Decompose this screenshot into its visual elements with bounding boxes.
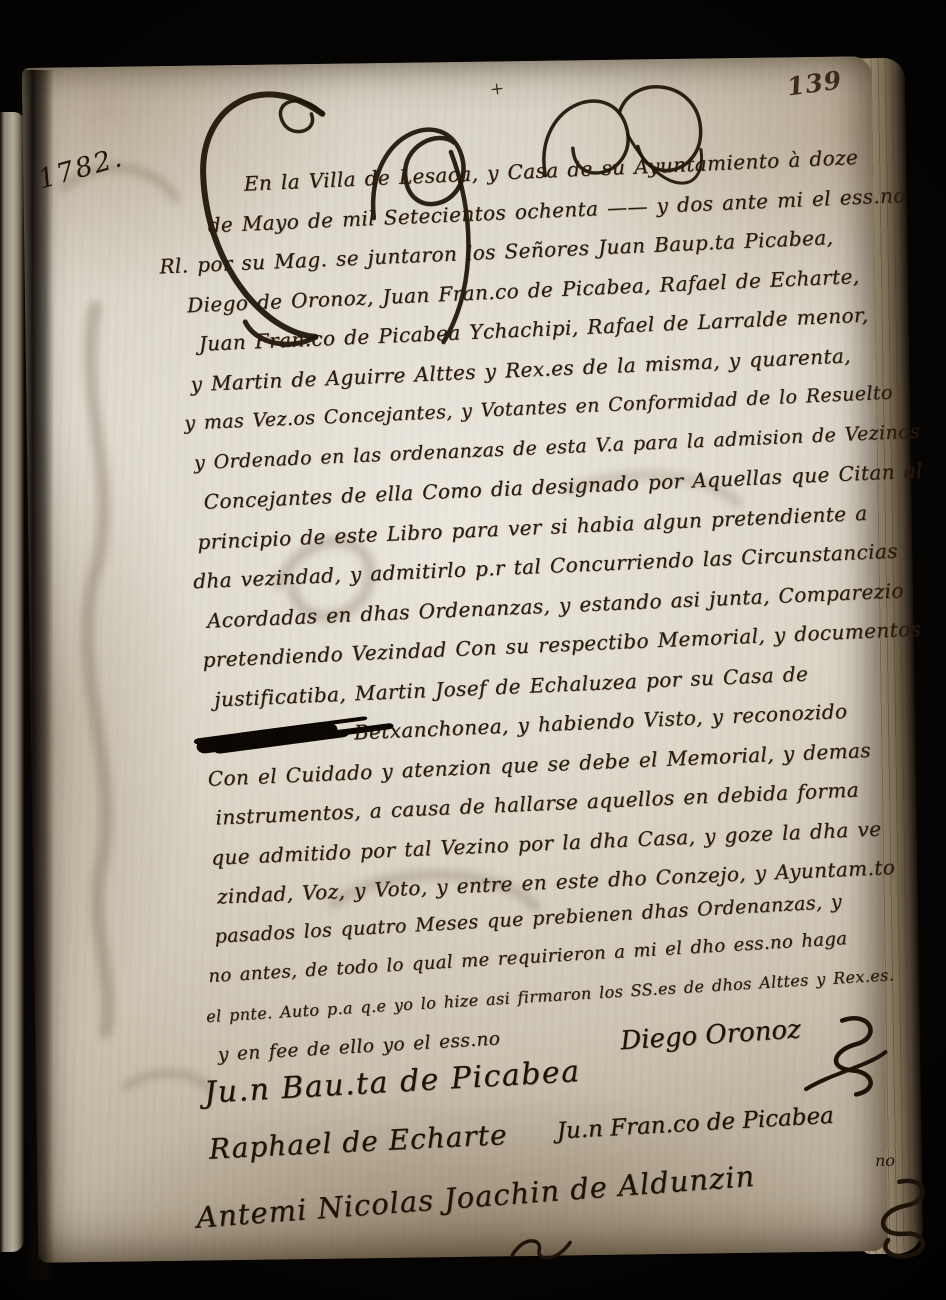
small-flourish-mark: [506, 1230, 576, 1266]
invocation-cross-mark: +: [489, 79, 506, 101]
manuscript-page: + 139 1782. En la Villa de Lesaca, y Cas…: [22, 56, 889, 1263]
rubric-flourish-notary: [859, 1173, 938, 1260]
manuscript-text-block: En la Villa de Lesaca, y Casa de su Ayun…: [171, 138, 905, 1076]
ink-blot-strikeout: [196, 722, 339, 754]
rubric-flourish-oronoz: [797, 1008, 890, 1101]
notary-superscript: no: [875, 1151, 895, 1170]
manuscript-photo: + 139 1782. En la Villa de Lesaca, y Cas…: [0, 0, 946, 1300]
book-gutter-shadow: [18, 70, 54, 1280]
